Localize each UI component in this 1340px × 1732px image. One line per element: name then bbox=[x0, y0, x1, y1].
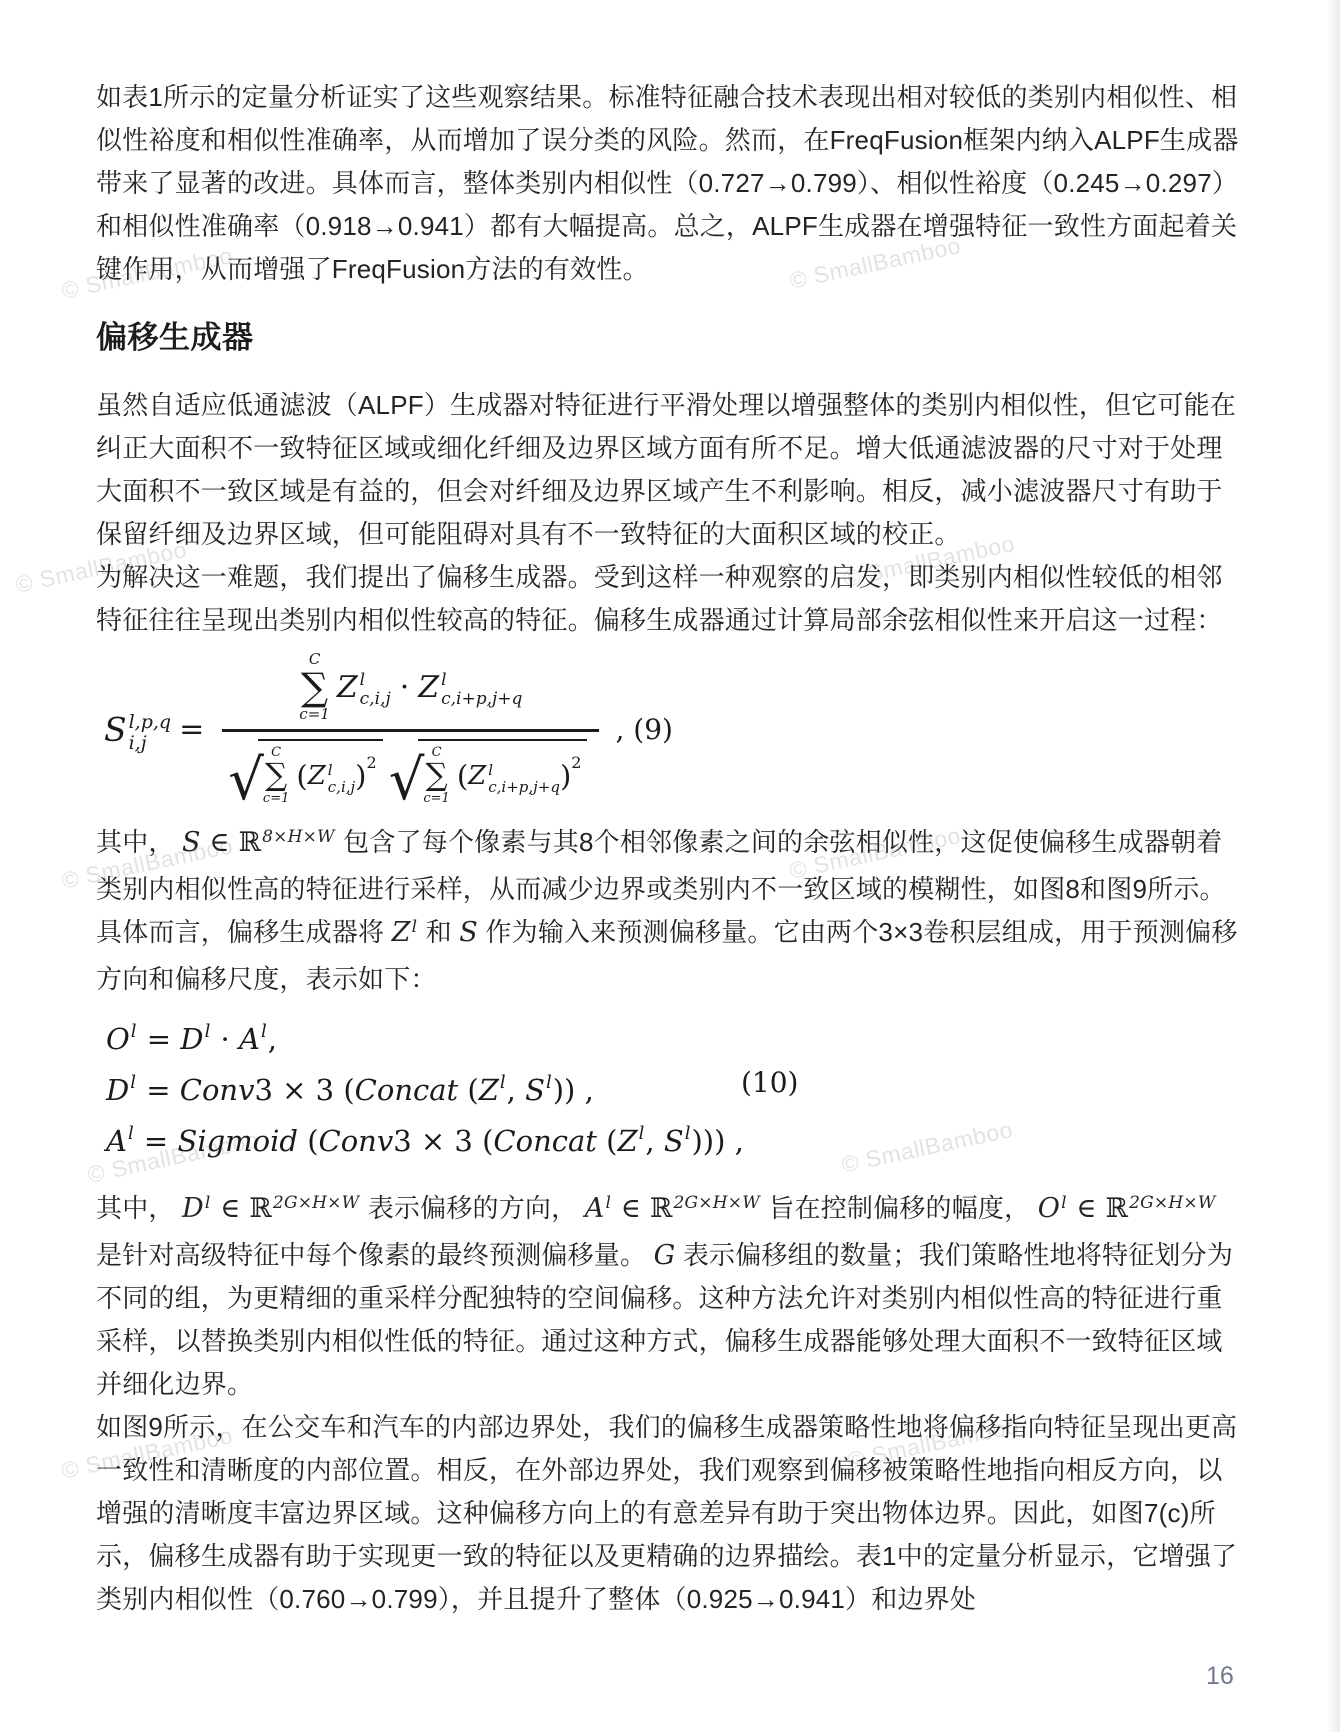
equation-9-cosine-similarity: S l,p,q i,j = C ∑ c=1 Z l bbox=[96, 652, 1248, 807]
math-scripts: l c,i+p,j+q bbox=[488, 762, 560, 795]
text-run: 表示偏移的方向， bbox=[360, 1193, 584, 1223]
inline-math: Conv bbox=[180, 1073, 255, 1107]
math-subscript: i,j bbox=[129, 733, 147, 754]
math-superscript: 2G×H×W bbox=[1128, 1193, 1216, 1213]
inline-math: A bbox=[585, 1193, 605, 1224]
exponent-2: 2 bbox=[571, 753, 581, 772]
paragraph-offset-prediction: 具体而言，偏移生成器将 Zl 和 S 作为输入来预测偏移量。它由两个3×3卷积层… bbox=[96, 911, 1248, 1001]
equals-sign: = bbox=[179, 712, 204, 747]
math-symbol: Z bbox=[337, 670, 358, 705]
dot-operator: · bbox=[400, 670, 410, 705]
inline-math: Conv bbox=[319, 1124, 394, 1158]
text-run: 是针对高级特征中每个像素的最终预测偏移量。 bbox=[96, 1240, 654, 1270]
inline-math: ( bbox=[298, 1124, 319, 1158]
math-superscript: l bbox=[129, 1072, 137, 1093]
equation-line: Ol = Dl · Al, bbox=[106, 1016, 1248, 1067]
inline-math: = bbox=[135, 1124, 178, 1158]
equation-line: Al = Sigmoid (Conv3 × 3 (Concat (Zl, Sl)… bbox=[106, 1118, 1248, 1169]
inline-math: Concat bbox=[493, 1124, 597, 1158]
math-superscript: l bbox=[499, 1072, 507, 1093]
page-edge bbox=[1327, 0, 1340, 1732]
math-superscript: l bbox=[684, 1123, 692, 1144]
inline-math: S bbox=[182, 827, 201, 858]
inline-math: Z bbox=[479, 1073, 499, 1107]
math-superscript: l bbox=[441, 671, 446, 690]
radicand: C ∑ c=1 ( Z l c,i+p,j+q bbox=[418, 739, 587, 807]
text-run: 和 bbox=[418, 917, 459, 947]
inline-math: O bbox=[1038, 1193, 1060, 1224]
math-superscript: l bbox=[260, 1021, 268, 1042]
inline-math: , bbox=[268, 1022, 277, 1056]
math-superscript: l bbox=[1060, 1193, 1068, 1213]
text-run: 其中， bbox=[96, 827, 182, 857]
exponent-2: 2 bbox=[367, 753, 377, 772]
open-paren: ( bbox=[296, 759, 307, 793]
math-term: Z l c,i,j bbox=[308, 759, 355, 792]
inline-math: D bbox=[182, 1193, 204, 1224]
math-subscript: c,i+p,j+q bbox=[488, 779, 560, 796]
text-run: 其中， bbox=[96, 1193, 182, 1223]
fraction-denominator: √ C ∑ c=1 ( Z l bbox=[222, 729, 599, 807]
equation-line: Dl = Conv3 × 3 (Concat (Zl, Sl)) , bbox=[106, 1067, 1248, 1118]
paragraph-offset-generator-motivation: 为解决这一难题，我们提出了偏移生成器。受到这样一种观察的启发，即类别内相似性较低… bbox=[96, 556, 1248, 642]
math-superscript: l,p,q bbox=[129, 712, 171, 733]
math-term: Z l c,i+p,j+q bbox=[468, 759, 560, 792]
inline-math: ∈ ℝ bbox=[212, 1193, 272, 1224]
fraction-numerator: C ∑ c=1 Z l c,i,j · Z bbox=[283, 652, 538, 729]
inline-math: G bbox=[654, 1240, 676, 1271]
comma: , bbox=[615, 713, 624, 746]
inline-math: · bbox=[211, 1022, 239, 1056]
inline-math: ∈ ℝ bbox=[1068, 1193, 1128, 1224]
inline-math: D bbox=[180, 1022, 203, 1056]
fraction: C ∑ c=1 Z l c,i,j · Z bbox=[222, 652, 599, 807]
math-superscript: l bbox=[545, 1072, 553, 1093]
inline-math: S bbox=[459, 917, 478, 948]
math-superscript: 2G×H×W bbox=[673, 1193, 761, 1213]
inline-math: ( bbox=[458, 1073, 479, 1107]
math-symbol: Z bbox=[308, 761, 326, 791]
math-superscript: l bbox=[411, 917, 419, 937]
math-scripts: l,p,q i,j bbox=[129, 712, 171, 754]
math-symbol: S bbox=[104, 710, 127, 749]
inline-math: 3 × 3 ( bbox=[393, 1124, 493, 1158]
square-root: √ C ∑ c=1 ( Z l bbox=[389, 739, 588, 807]
inline-math: ∈ ℝ bbox=[201, 827, 261, 858]
equation-label: (9) bbox=[633, 713, 673, 746]
math-symbol: Z bbox=[418, 670, 439, 705]
math-scripts: l c,i+p,j+q bbox=[441, 671, 522, 708]
inline-math: 3 × 3 ( bbox=[255, 1073, 355, 1107]
summation: C ∑ c=1 bbox=[299, 652, 330, 722]
page-number: 16 bbox=[1206, 1662, 1234, 1691]
inline-math: Z bbox=[392, 917, 411, 948]
inline-math: S bbox=[525, 1073, 545, 1107]
document-page: © SmallBamboo © SmallBamboo © SmallBambo… bbox=[0, 0, 1340, 1732]
inline-math: S bbox=[664, 1124, 684, 1158]
inline-math: Sigmoid bbox=[177, 1124, 298, 1158]
inline-math: ∈ ℝ bbox=[612, 1193, 672, 1224]
inline-math: , bbox=[507, 1073, 525, 1107]
page-content: 如表1所示的定量分析证实了这些观察结果。标准特征融合技术表现出相对较低的类别内相… bbox=[96, 76, 1248, 1621]
inline-math: , bbox=[645, 1124, 663, 1158]
radicand: C ∑ c=1 ( Z l c,i,j bbox=[258, 739, 383, 807]
inline-math: ( bbox=[597, 1124, 618, 1158]
inline-math: = bbox=[137, 1073, 180, 1107]
text-run: 具体而言，偏移生成器将 bbox=[96, 917, 392, 947]
math-superscript: l bbox=[204, 1021, 212, 1042]
paragraph-quantitative-analysis: 如表1所示的定量分析证实了这些观察结果。标准特征融合技术表现出相对较低的类别内相… bbox=[96, 76, 1248, 291]
sum-lower-limit: c=1 bbox=[299, 707, 330, 722]
inline-math: A bbox=[106, 1124, 127, 1158]
inline-math: Z bbox=[617, 1124, 637, 1158]
math-superscript: l bbox=[360, 671, 365, 690]
text-run: 旨在控制偏移的幅度， bbox=[761, 1193, 1038, 1223]
math-superscript: l bbox=[130, 1021, 138, 1042]
paragraph-similarity-map: 其中， S ∈ ℝ8×H×W 包含了每个像素与其8个相邻像素之间的余弦相似性，这… bbox=[96, 821, 1248, 911]
inline-math: )) , bbox=[553, 1073, 594, 1107]
math-scripts: l c,i,j bbox=[328, 762, 355, 795]
paragraph-figure9-discussion: 如图9所示，在公交车和汽车的内部边界处，我们的偏移生成器策略性地将偏移指向特征呈… bbox=[96, 1406, 1248, 1621]
close-paren: ) bbox=[355, 759, 366, 793]
paragraph-offset-groups: 其中， Dl ∈ ℝ2G×H×W 表示偏移的方向， Al ∈ ℝ2G×H×W 旨… bbox=[96, 1187, 1248, 1406]
math-superscript: 8×H×W bbox=[261, 827, 336, 847]
math-superscript: l bbox=[604, 1193, 612, 1213]
equation-number: (10) bbox=[741, 1066, 798, 1099]
math-subscript: c,i+p,j+q bbox=[441, 690, 522, 709]
equation-10-offset: Ol = Dl · Al, Dl = Conv3 × 3 (Concat (Zl… bbox=[96, 1016, 1248, 1169]
open-paren: ( bbox=[457, 759, 468, 793]
math-superscript: l bbox=[204, 1193, 212, 1213]
summation: C ∑ c=1 bbox=[423, 746, 449, 805]
inline-math: = bbox=[138, 1022, 181, 1056]
math-superscript: 2G×H×W bbox=[272, 1193, 360, 1213]
sum-symbol: ∑ bbox=[426, 759, 448, 792]
inline-math: D bbox=[106, 1073, 129, 1107]
math-superscript: l bbox=[638, 1123, 646, 1144]
section-heading-offset-generator: 偏移生成器 bbox=[96, 318, 1248, 358]
close-paren: ) bbox=[560, 759, 571, 793]
sum-lower-limit: c=1 bbox=[263, 792, 289, 805]
math-term: Z l c,i,j bbox=[337, 668, 391, 705]
math-superscript: l bbox=[488, 762, 493, 779]
sum-lower-limit: c=1 bbox=[423, 792, 449, 805]
math-superscript: l bbox=[328, 762, 333, 779]
summation: C ∑ c=1 bbox=[263, 746, 289, 805]
inline-math: A bbox=[239, 1022, 260, 1056]
math-superscript: l bbox=[127, 1123, 135, 1144]
square-root: √ C ∑ c=1 ( Z l bbox=[228, 739, 382, 807]
math-scripts: l c,i,j bbox=[360, 671, 391, 708]
paragraph-alpf-limitations: 虽然自适应低通滤波（ALPF）生成器对特征进行平滑处理以增强整体的类别内相似性，… bbox=[96, 384, 1248, 556]
inline-math: O bbox=[106, 1022, 130, 1056]
equation-number: , (9) bbox=[615, 713, 672, 746]
math-subscript: c,i,j bbox=[328, 779, 355, 796]
math-symbol: Z bbox=[468, 761, 486, 791]
sum-symbol: ∑ bbox=[301, 667, 328, 707]
inline-math: Concat bbox=[355, 1073, 459, 1107]
eq9-lhs: S l,p,q i,j bbox=[104, 709, 171, 751]
math-term: Z l c,i+p,j+q bbox=[418, 668, 522, 705]
inline-math: ))) , bbox=[691, 1124, 743, 1158]
sum-symbol: ∑ bbox=[265, 759, 287, 792]
math-subscript: c,i,j bbox=[360, 690, 391, 709]
